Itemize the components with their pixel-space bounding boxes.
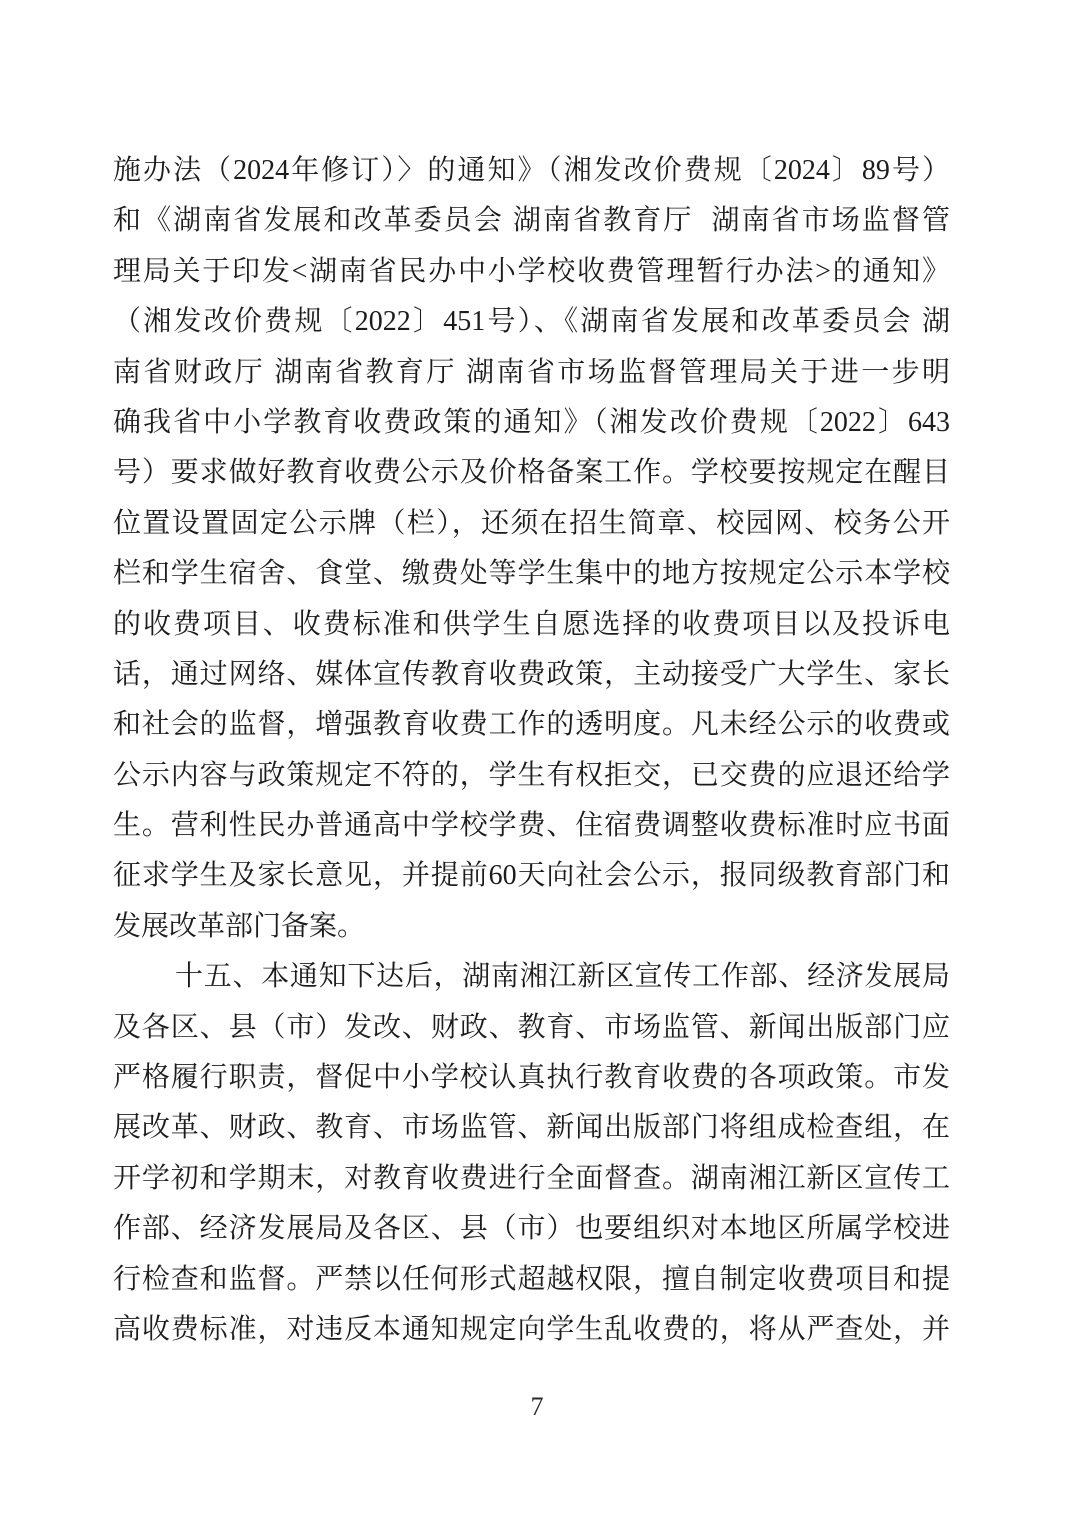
text-line: 公示内容与政策规定不符的，学生有权拒交，已交费的应退还给学 [113, 751, 950, 801]
text-line: 和社会的监督，增强教育收费工作的透明度。凡未经公示的收费或 [113, 700, 950, 750]
text-line: 施办法（2024年修订）〉的通知》（湘发改价费规〔2024〕89号） [113, 146, 950, 196]
document-page: 施办法（2024年修订）〉的通知》（湘发改价费规〔2024〕89号） 和《湖南省… [0, 0, 1074, 1520]
text-line: 开学初和学期末，对教育收费进行全面督查。湖南湘江新区宣传工 [113, 1154, 950, 1204]
page-number: 7 [0, 1392, 1074, 1422]
text-line: 生。营利性民办普通高中学校学费、住宿费调整收费标准时应书面 [113, 801, 950, 851]
text-line: 展改革、财政、教育、市场监管、新闻出版部门将组成检查组，在 [113, 1103, 950, 1153]
text-line: 的收费项目、收费标准和供学生自愿选择的收费项目以及投诉电 [113, 600, 950, 650]
text-line: 作部、经济发展局及各区、县（市）也要组织对本地区所属学校进 [113, 1204, 950, 1254]
text-line: 栏和学生宿舍、食堂、缴费处等学生集中的地方按规定公示本学校 [113, 549, 950, 599]
text-line: 号）要求做好教育收费公示及价格备案工作。学校要按规定在醒目 [113, 448, 950, 498]
text-line: 理局关于印发<湖南省民办中小学校收费管理暂行办法>的通知》 [113, 247, 950, 297]
text-line: 及各区、县（市）发改、财政、教育、市场监管、新闻出版部门应 [113, 1003, 950, 1053]
text-line: 位置设置固定公示牌（栏），还须在招生简章、校园网、校务公开 [113, 499, 950, 549]
document-body: 施办法（2024年修订）〉的通知》（湘发改价费规〔2024〕89号） 和《湖南省… [113, 146, 950, 1355]
text-line-paragraph-start: 十五、本通知下达后，湖南湘江新区宣传工作部、经济发展局 [113, 952, 950, 1002]
text-line: 严格履行职责，督促中小学校认真执行教育收费的各项政策。市发 [113, 1053, 950, 1103]
text-line: （湘发改价费规〔2022〕451号）、《湖南省发展和改革委员会 湖 [113, 297, 950, 347]
text-line: 话，通过网络、媒体宣传教育收费政策，主动接受广大学生、家长 [113, 650, 950, 700]
text-line: 高收费标准，对违反本通知规定向学生乱收费的，将从严查处，并 [113, 1305, 950, 1355]
text-line: 行检查和监督。严禁以任何形式超越权限，擅自制定收费项目和提 [113, 1255, 950, 1305]
text-line-paragraph-end: 发展改革部门备案。 [113, 902, 950, 952]
text-line: 确我省中小学教育收费政策的通知》（湘发改价费规〔2022〕643 [113, 398, 950, 448]
text-line: 征求学生及家长意见，并提前60天向社会公示，报同级教育部门和 [113, 851, 950, 901]
text-line: 和《湖南省发展和改革委员会 湖南省教育厅 湖南省市场监督管 [113, 196, 950, 246]
text-line: 南省财政厅 湖南省教育厅 湖南省市场监督管理局关于进一步明 [113, 348, 950, 398]
